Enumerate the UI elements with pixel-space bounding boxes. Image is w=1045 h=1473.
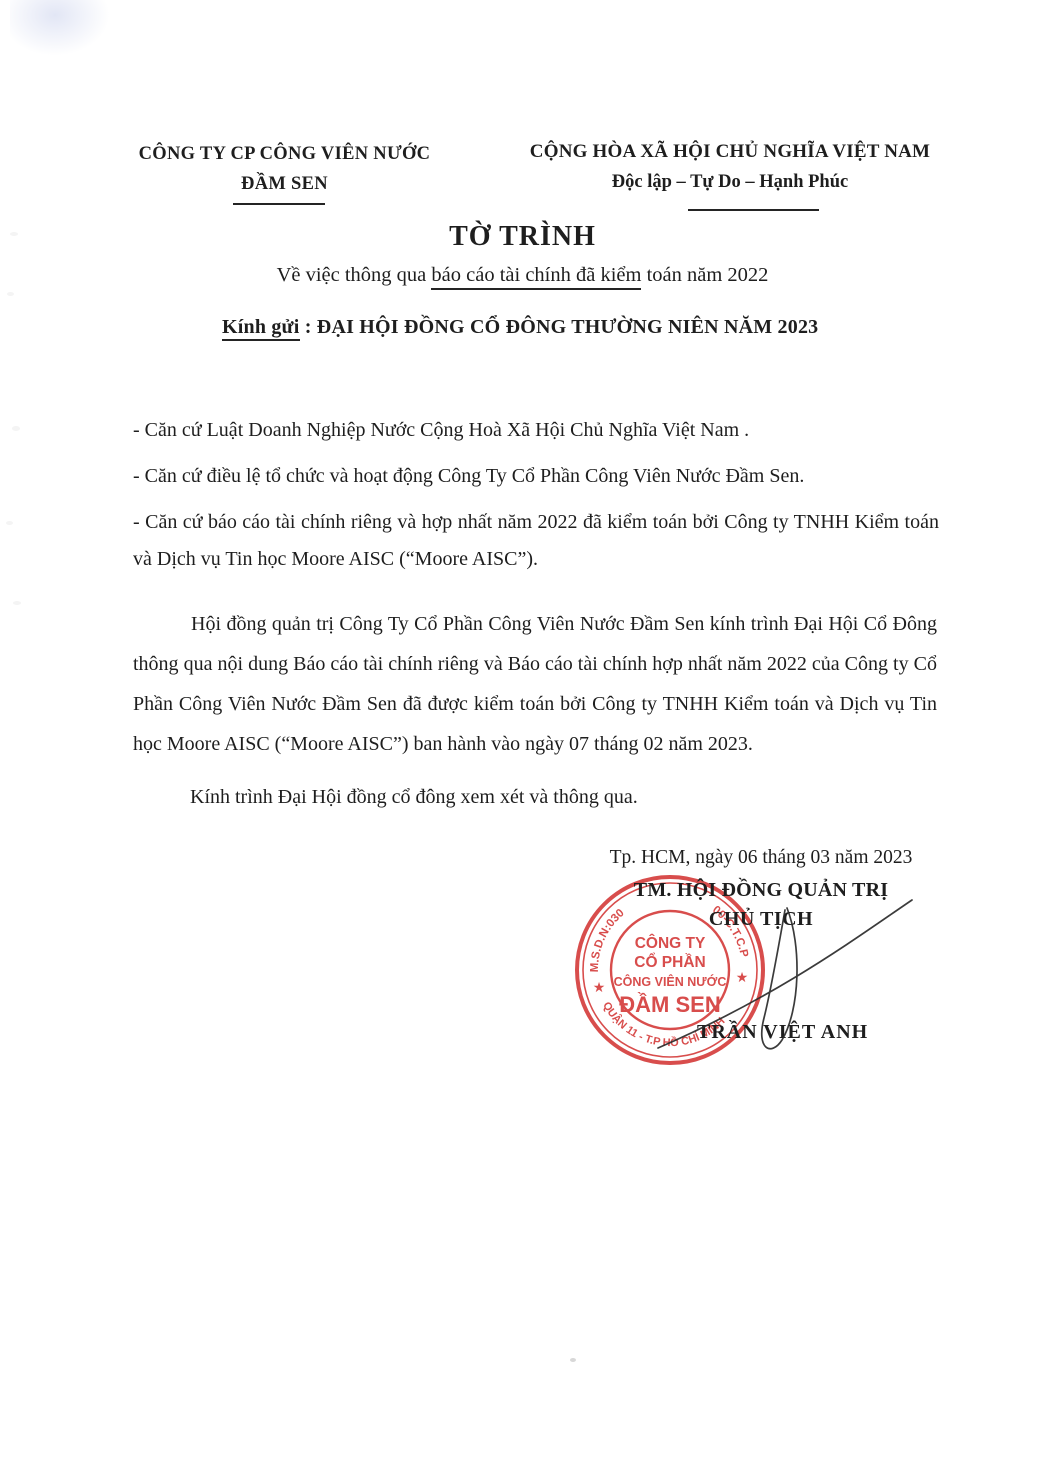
stamp-star-icon: ★ [736, 969, 749, 985]
scan-speck [570, 1358, 576, 1362]
signer-name: TRẦN VIỆT ANH [697, 1021, 868, 1044]
republic-motto-line1: CỘNG HÒA XÃ HỘI CHỦ NGHĨA VIỆT NAM [515, 137, 945, 167]
scan-speck [12, 426, 20, 431]
header-republic-block: CỘNG HÒA XÃ HỘI CHỦ NGHĨA VIỆT NAM Độc l… [515, 137, 945, 198]
stamp-center-line3: CÔNG VIÊN NƯỚC [614, 974, 727, 989]
stamp-center-line2: CỔ PHẦN [634, 953, 705, 971]
ground-item: - Căn cứ điều lệ tổ chức và hoạt động Cô… [133, 458, 939, 495]
subtitle-suffix: toán năm 2022 [641, 264, 768, 286]
on-behalf-line: TM. HỘI ĐỒNG QUẢN TRỊ [575, 875, 947, 905]
scan-speck [6, 521, 13, 525]
signer-title: CHỦ TỊCH [575, 905, 947, 933]
header-company-block: CÔNG TY CP CÔNG VIÊN NƯỚC ĐẦM SEN [112, 139, 457, 199]
salutation-colon: : [300, 316, 317, 338]
stamp-star-icon: ★ [593, 979, 606, 995]
scanned-document-page: CÔNG TY CP CÔNG VIÊN NƯỚC ĐẦM SEN CỘNG H… [0, 0, 1045, 1473]
subtitle-prefix: Về việc thông qua [277, 264, 432, 286]
company-name-line2: ĐẦM SEN [112, 169, 457, 199]
place-date-line: Tp. HCM, ngày 06 tháng 03 năm 2023 [575, 845, 947, 871]
scan-smudge [10, 0, 110, 56]
subtitle-underlined-text: báo cáo tài chính đã kiểm [431, 264, 641, 290]
scan-speck [7, 292, 14, 296]
document-subtitle: Về việc thông qua báo cáo tài chính đã k… [0, 264, 1045, 287]
republic-motto-line2: Độc lập – Tự Do – Hạnh Phúc [515, 167, 945, 198]
company-name-line1: CÔNG TY CP CÔNG VIÊN NƯỚC [112, 139, 457, 169]
body-paragraph: Hội đồng quản trị Công Ty Cổ Phần Công V… [133, 604, 937, 764]
scan-speck [13, 601, 21, 605]
republic-underline [688, 209, 819, 211]
document-title: TỜ TRÌNH [0, 221, 1045, 253]
ground-item: - Căn cứ Luật Doanh Nghiệp Nước Cộng Hoà… [133, 412, 939, 449]
grounds-list: - Căn cứ Luật Doanh Nghiệp Nước Cộng Hoà… [133, 412, 939, 587]
salutation-line: Kính gửi : ĐẠI HỘI ĐỒNG CỔ ĐÔNG THƯỜNG N… [222, 316, 818, 339]
signature-block: Tp. HCM, ngày 06 tháng 03 năm 2023 TM. H… [575, 845, 947, 933]
stamp-center-line1: CÔNG TY [635, 934, 706, 952]
closing-line: Kính trình Đại Hội đồng cổ đông xem xét … [190, 786, 638, 809]
salutation-recipient: ĐẠI HỘI ĐỒNG CỔ ĐÔNG THƯỜNG NIÊN NĂM 202… [317, 316, 819, 338]
stamp-center-line4: ĐẦM SEN [619, 992, 720, 1017]
company-underline [233, 203, 325, 205]
salutation-label: Kính gửi [222, 316, 300, 341]
ground-item: - Căn cứ báo cáo tài chính riêng và hợp … [133, 504, 939, 578]
